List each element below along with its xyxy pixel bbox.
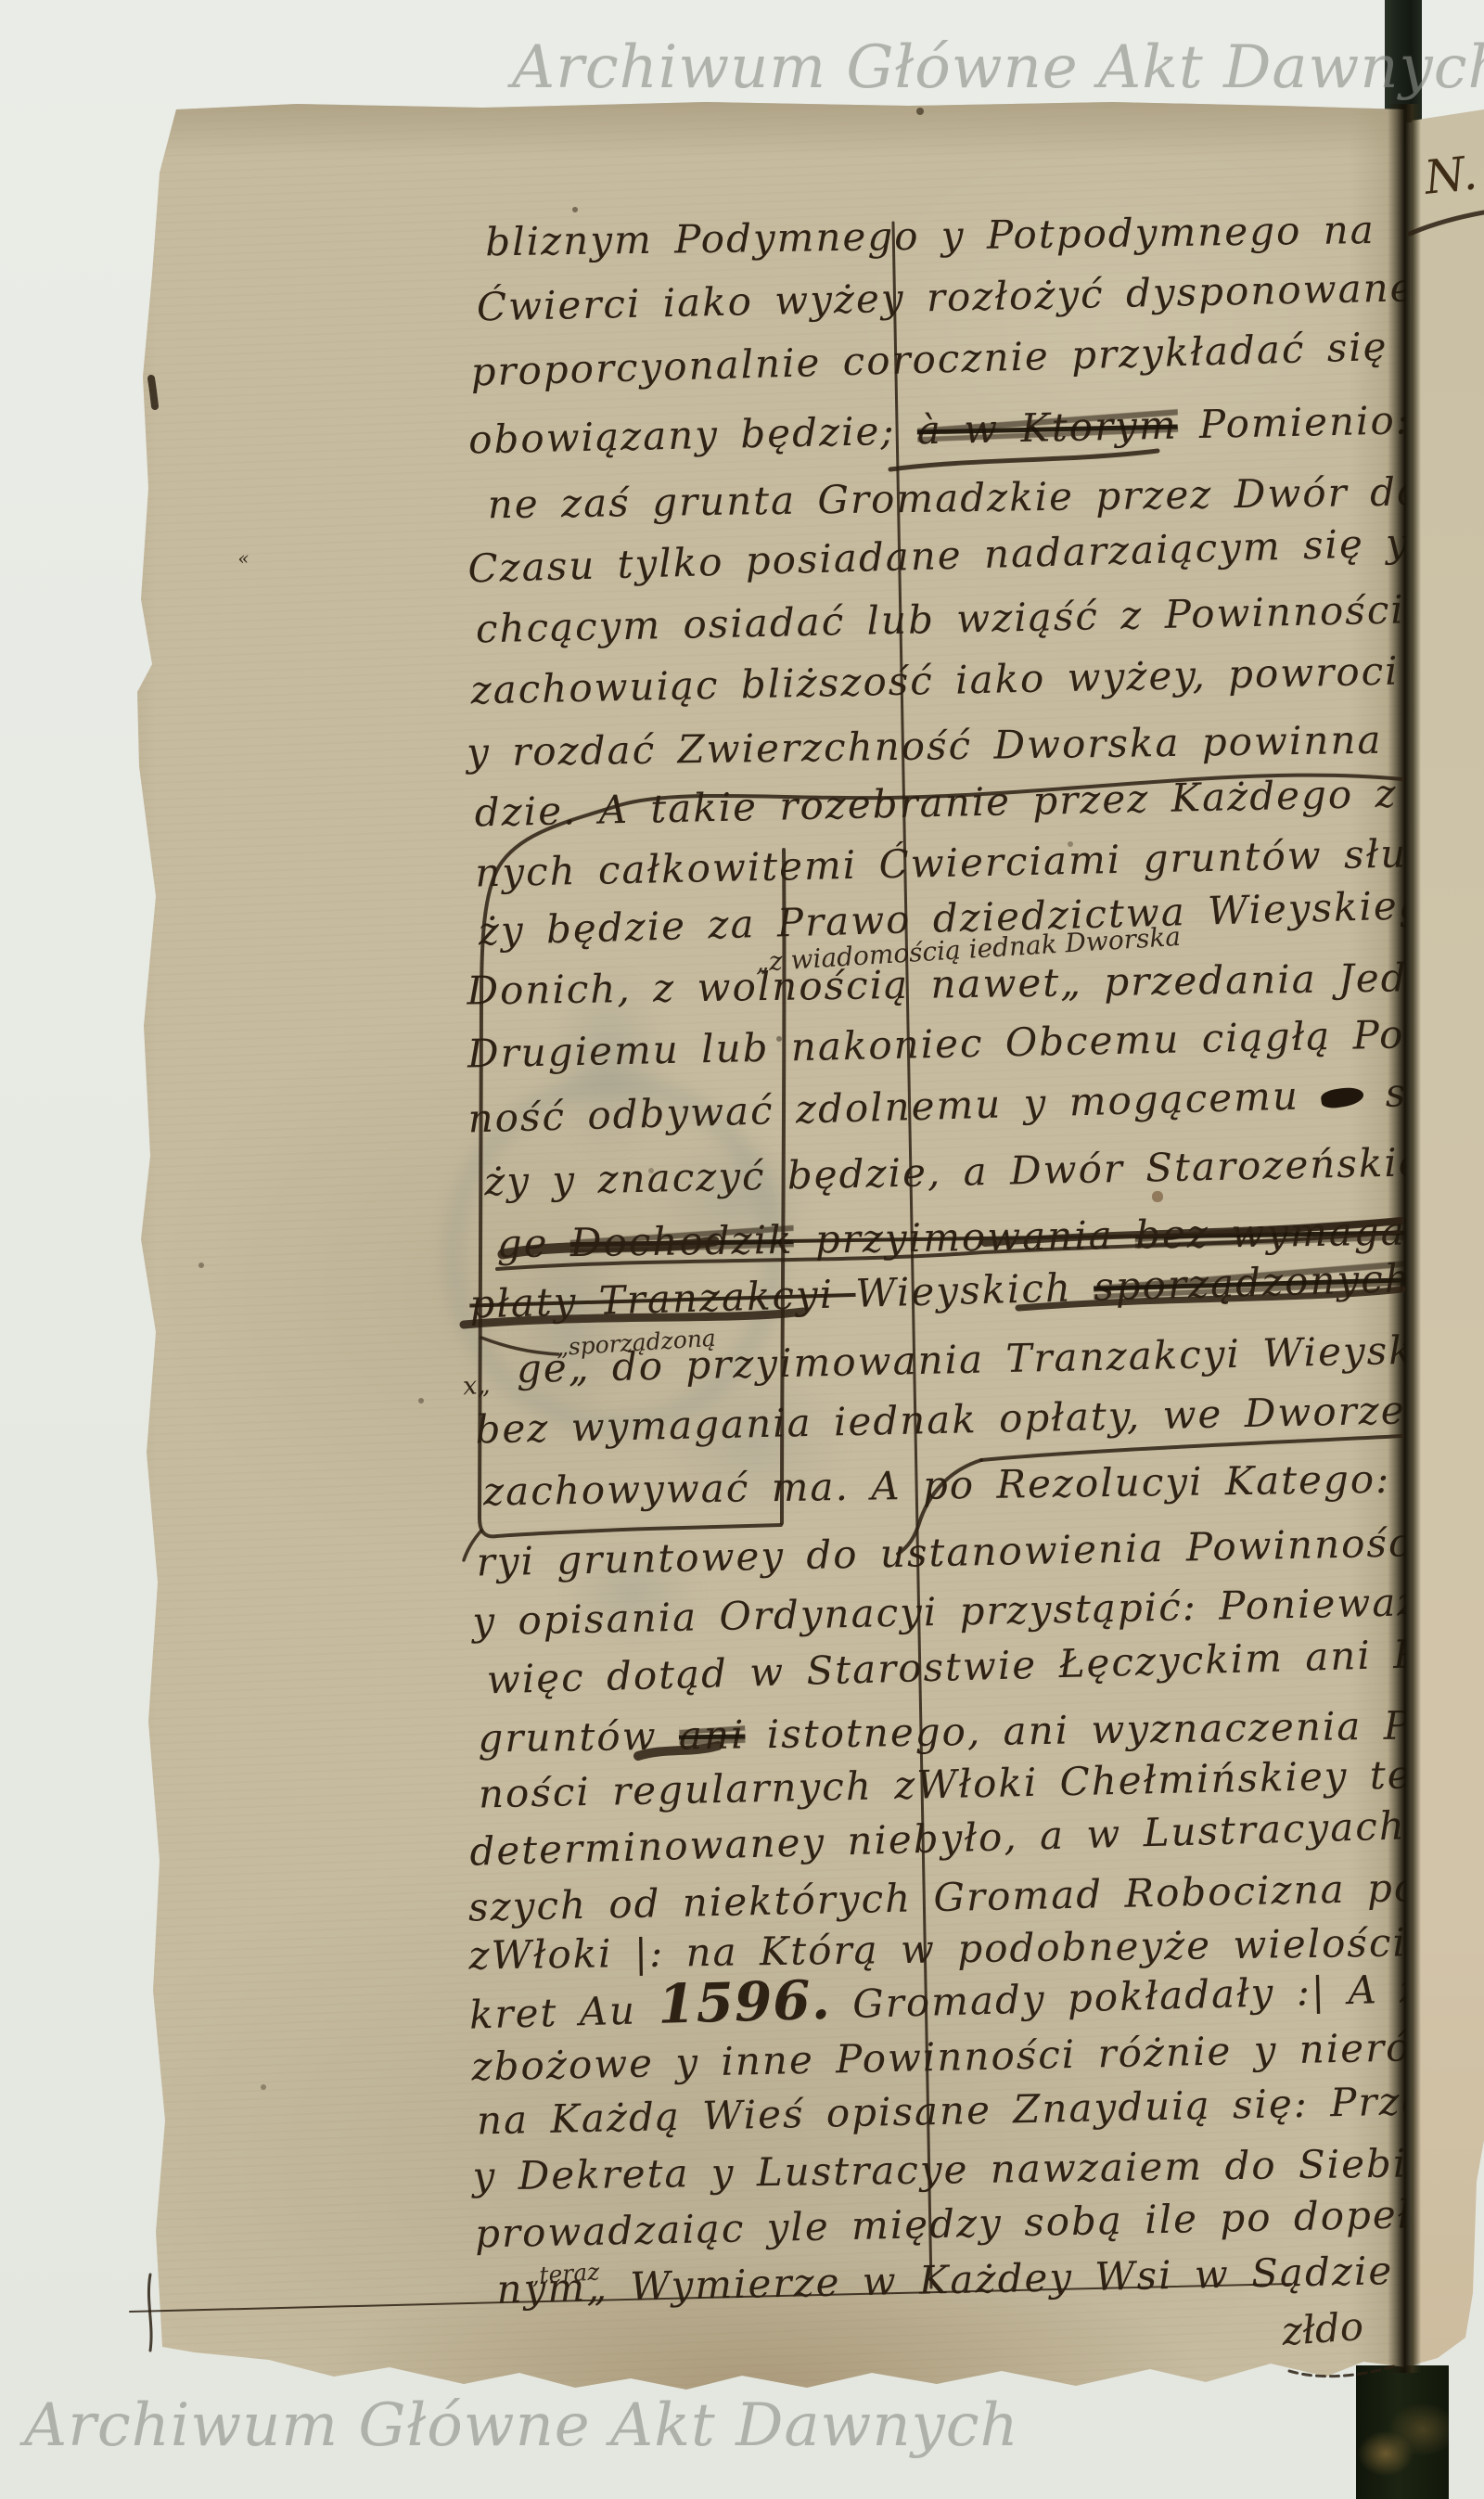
archive-watermark-top: Archiwum Główne Akt Dawnych [512,33,1484,102]
manuscript-text-segment: ży y znaczyć będzie, a Dwór Starozeńskie… [484,1137,1406,1205]
manuscript-line: dzie. A takie rozebranie przez Każdego z… [474,770,1406,835]
manuscript-text-segment: y Dekreta y Lustracye nawzaiem do Siebie… [472,2139,1406,2199]
manuscript-line: zachowywać ma. A po Rezolucyi Katego: [483,1458,1391,1514]
manuscript-line: na Każdą Wieś opisane Znayduią się: Prze… [477,2079,1406,2142]
manuscript-text-segment: y rozdać Zwierzchność Dworska powinna bę [467,716,1406,775]
manuscript-text-segment: proporcyonalnie corocznie przykładać się [470,324,1388,395]
binding-block-bottom [1356,2365,1449,2499]
manuscript-line: chcącym osiadać lub wziąść z Powinności, [476,588,1406,650]
manuscript-text-segment: Ćwierci iako wyżey rozłożyć dysponowaneg… [476,263,1406,329]
manuscript-line: proporcyonalnie corocznie przykładać się [470,326,1388,394]
manuscript-text-segment: płaty Tranzakcyi [469,1271,857,1327]
ink-blot [1320,1085,1364,1109]
manuscript-line: y opisania Ordynacyi przystąpić: Poniewa… [472,1581,1406,1643]
manuscript-text-segment: Gromady pokładały :| A zaś [830,1964,1406,2028]
manuscript-text-segment: szych od niektórych Gromad Robocizna po … [467,1860,1406,1929]
manuscript-text-segment: ge [496,1220,570,1266]
folio-number-mark: N. [1422,146,1479,205]
manuscript-text-segment: Drugiemu lub nakoniec Obcemu ciągłą Powi… [467,1010,1406,1077]
manuscript-line: gruntów ani istotnego, ani wyznaczenia P… [478,1703,1406,1761]
interline-insertion: x„ [462,1371,491,1402]
manuscript-text-segment: zachowywać ma. A po Rezolucyi Katego: [483,1456,1391,1515]
manuscript-text-segment: ryi gruntowey do ustanowienia Powinności [476,1519,1406,1584]
manuscript-line: Ćwierci iako wyżey rozłożyć dysponowaneg… [476,265,1406,328]
manuscript-page: bliznym Podymnego y Potpodymnego naĆwier… [111,98,1406,2390]
manuscript-text-segment: Dochodzik [570,1217,794,1265]
manuscript-text-segment: 1596. [657,1968,831,2036]
manuscript-text-segment: na Każdą Wieś opisane Znayduią się: Prze… [476,2077,1406,2143]
manuscript-text-segment: ani [679,1711,746,1758]
manuscript-text-segment: bez wymagania O: [1135,1207,1406,1258]
manuscript-line: ne zaś grunta Gromadzkie przez Dwór do [487,470,1406,526]
corner-crack [148,2275,151,2351]
manuscript-text-segment: ność odbywać zdolnemu y mogącemu [467,1072,1322,1142]
manuscript-line: ge Dochodzik przyimowania bez wymagania … [496,1209,1406,1266]
manuscript-line: y rozdać Zwierzchność Dworska powinna bę [467,718,1406,775]
archive-watermark-bottom: Archiwum Główne Akt Dawnych [24,2391,1019,2460]
manuscript-line: nym„ Wymierze w Każdey Wsi w Sądzie JKMł [496,2247,1406,2311]
manuscript-line: zbożowe y inne Powinności różnie y nieró… [471,2024,1406,2088]
archive-scan-canvas: Archiwum Główne Akt Dawnych Archiwum Głó… [0,0,1484,2499]
manuscript-line: ryi gruntowey do ustanowienia Powinności [476,1521,1406,1583]
manuscript-text-segment: Wieyskich [855,1264,1094,1316]
manuscript-text-segment: à w Ktorym [916,403,1178,454]
manuscript-line: bliznym Podymnego y Potpodymnego na [485,209,1375,263]
catchword: złdo [1280,2303,1364,2354]
manuscript-text-segment: nym„ Wymierze w Każdey Wsi w Sądzie JKMł [496,2245,1406,2312]
interline-insertion: „teraz [527,2258,600,2289]
ink-specks [0,0,4,4]
manuscript-line: Drugiemu lub nakoniec Obcemu ciągłą Powi… [467,1012,1406,1076]
manuscript-line: y Dekreta y Lustracye nawzaiem do Siebie… [472,2141,1406,2198]
interline-insertion: « [237,546,250,570]
manuscript-line: obowiązany będzie; à w Ktorym Pomienio: [468,399,1406,461]
manuscript-text-segment: obowiązany będzie; [468,407,918,462]
manuscript-text-segment: bez wymagania iednak opłaty, we Dworze [475,1387,1406,1452]
page-gap-shadow [1388,104,1421,2373]
manuscript-text-segment: prowadzaiąc yle między sobą ile po dopeł… [475,2190,1406,2257]
manuscript-line: bez wymagania iednak opłaty, we Dworze [475,1389,1406,1451]
manuscript-text-segment: przyimowania [793,1212,1135,1262]
manuscript-text-segment: sporządzonych [1094,1255,1406,1310]
manuscript-text-segment: gruntów [478,1712,679,1761]
manuscript-text-segment: zachowuiąc bliższość iako wyżey, powroci [470,648,1400,713]
manuscript-line: ność odbywać zdolnemu y mogącemu słu: [467,1070,1406,1141]
manuscript-line: ży y znaczyć będzie, a Dwór Starozeńskie… [484,1139,1406,1204]
manuscript-text-segment: dzie. A takie rozebranie przez Każdego z… [474,768,1406,836]
manuscript-line: prowadzaiąc yle między sobą ile po dopeł… [475,2192,1406,2256]
manuscript-text-segment: chcącym osiadać lub wziąść z Powinności, [475,586,1406,651]
manuscript-text-segment: Pomienio: [1177,397,1406,447]
manuscript-text-segment: Czasu tylko posiadane nadarzaiącym się y [467,519,1406,591]
manuscript-line: szych od niektórych Gromad Robocizna po … [468,1862,1406,1929]
manuscript-text-segment: kret Au [468,1987,659,2038]
manuscript-line: Czasu tylko posiadane nadarzaiącym się y [467,521,1406,590]
manuscript-text-segment: bliznym Podymnego y Potpodymnego na [485,207,1375,264]
manuscript-text-segment: istotnego, ani wyznaczenia Powin [745,1701,1406,1758]
manuscript-line: płaty Tranzakcyi Wieyskich sporządzonych [469,1257,1406,1326]
manuscript-line: zachowuiąc bliższość iako wyżey, powroci [470,650,1400,712]
manuscript-text-segment: ne zaś grunta Gromadzkie przez Dwór do [487,468,1406,527]
manuscript-line: nych całkowitemi Ćwierciami gruntów słu [475,832,1406,894]
manuscript-text-block: bliznym Podymnego y Potpodymnego naĆwier… [111,98,1406,2390]
